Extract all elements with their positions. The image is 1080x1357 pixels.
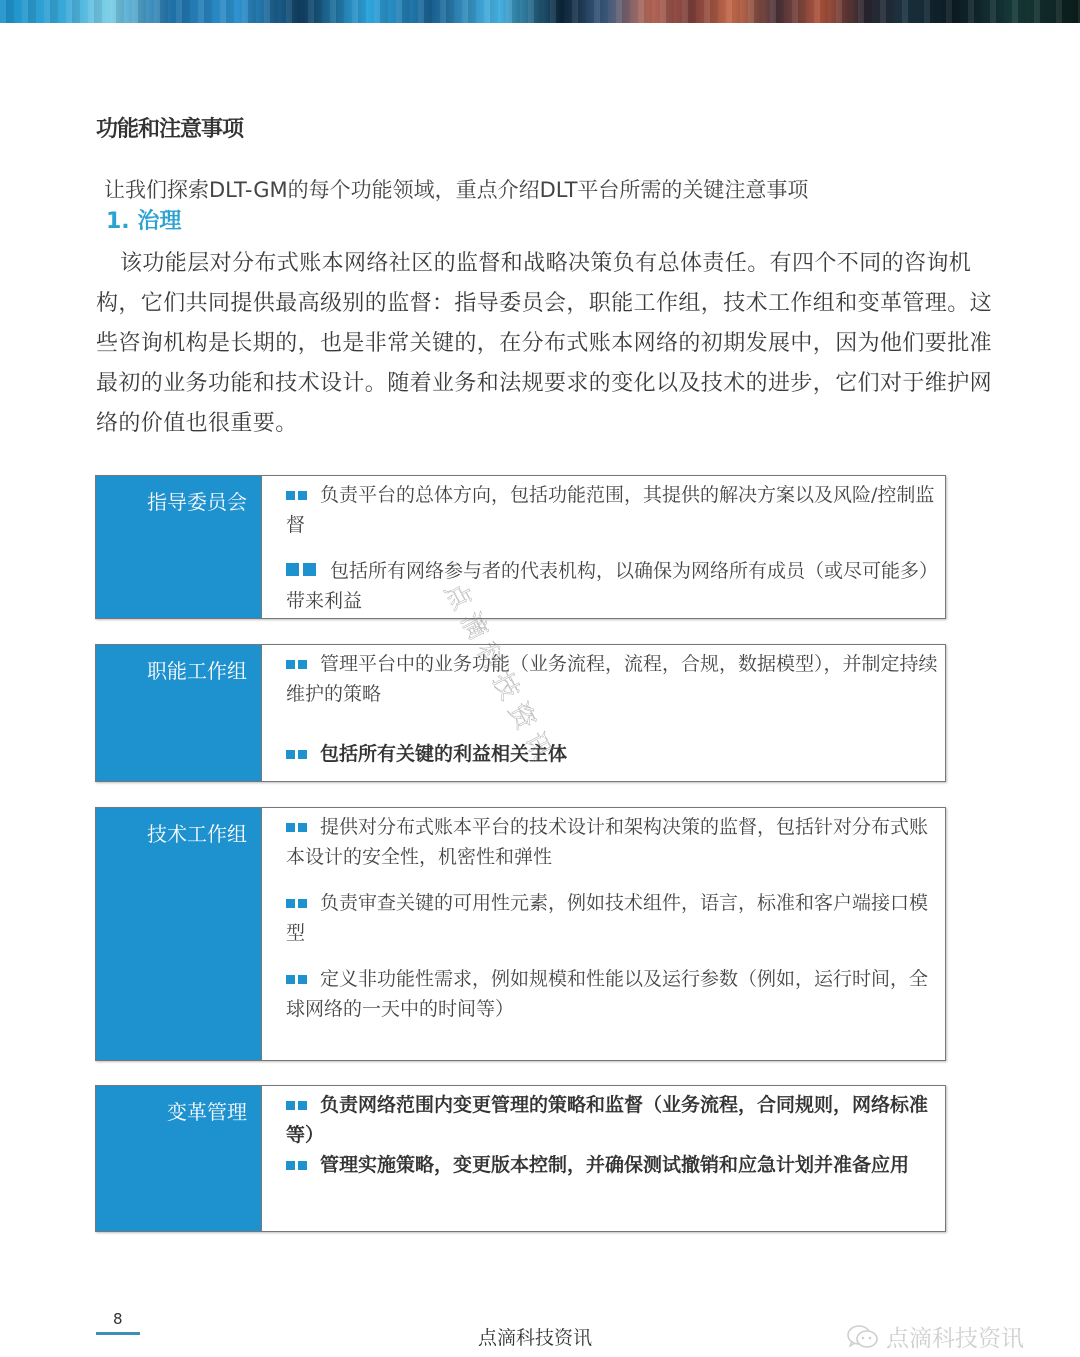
bullet-squares-icon: [286, 479, 310, 509]
bullet-squares-icon: [286, 963, 310, 993]
bullet-squares-icon: [286, 887, 310, 917]
list-item: 管理平台中的业务功能（业务流程，流程，合规，数据模型），并制定持续维护的策略: [286, 649, 945, 709]
card-label: 指导委员会: [96, 476, 262, 618]
bullet-squares-icon: [286, 811, 310, 841]
card-body: 管理平台中的业务功能（业务流程，流程，合规，数据模型），并制定持续维护的策略 包…: [262, 645, 945, 781]
bullet-squares-icon: [286, 1089, 310, 1119]
body-paragraph: 该功能层对分布式账本网络社区的监督和战略决策负有总体责任。有四个不同的咨询机构，…: [96, 244, 996, 444]
list-item: 包括所有网络参与者的代表机构，以确保为网络所有成员（或尽可能多）带来利益: [286, 556, 945, 616]
page-number: 8: [113, 1310, 123, 1328]
card-body: 提供对分布式账本平台的技术设计和架构决策的监督，包括针对分布式账本设计的安全性，…: [262, 808, 945, 1060]
list-item: 负责网络范围内变更管理的策略和监督（业务流程，合同规则，网络标准等）: [286, 1090, 945, 1150]
card-body: 负责网络范围内变更管理的策略和监督（业务流程，合同规则，网络标准等） 管理实施策…: [262, 1086, 945, 1231]
card-body: 负责平台的总体方向，包括功能范围，其提供的解决方案以及风险/控制监督 包括所有网…: [262, 476, 945, 618]
header-banner-image: [0, 0, 1080, 23]
card-steering-committee: 指导委员会 负责平台的总体方向，包括功能范围，其提供的解决方案以及风险/控制监督…: [95, 475, 946, 619]
bullet-squares-icon: [286, 738, 310, 768]
bullet-squares-icon: [286, 648, 310, 678]
card-functional-working-group: 职能工作组 管理平台中的业务功能（业务流程，流程，合规，数据模型），并制定持续维…: [95, 644, 946, 782]
list-item: 管理实施策略，变更版本控制，并确保测试撤销和应急计划并准备应用: [286, 1150, 945, 1180]
footer-wechat-brand: 点滴科技资讯: [846, 1320, 1024, 1353]
subheading-governance: 1. 治理: [106, 204, 181, 235]
wechat-icon: [846, 1324, 880, 1350]
card-label: 变革管理: [96, 1086, 262, 1231]
section-title: 功能和注意事项: [96, 112, 243, 143]
list-item: 负责平台的总体方向，包括功能范围，其提供的解决方案以及风险/控制监督: [286, 480, 945, 540]
list-item: 定义非功能性需求，例如规模和性能以及运行参数（例如，运行时间，全球网络的一天中的…: [286, 964, 945, 1024]
card-change-management: 变革管理 负责网络范围内变更管理的策略和监督（业务流程，合同规则，网络标准等） …: [95, 1085, 946, 1232]
bullet-squares-icon: [286, 1149, 310, 1179]
list-item: 包括所有关键的利益相关主体: [286, 739, 945, 769]
card-label: 职能工作组: [96, 645, 262, 781]
page-number-underline: [96, 1332, 140, 1335]
footer-publisher: 点滴科技资讯: [478, 1323, 592, 1350]
list-item: 提供对分布式账本平台的技术设计和架构决策的监督，包括针对分布式账本设计的安全性，…: [286, 812, 945, 872]
list-item: 负责审查关键的可用性元素，例如技术组件，语言，标准和客户端接口模型: [286, 888, 945, 948]
card-technical-working-group: 技术工作组 提供对分布式账本平台的技术设计和架构决策的监督，包括针对分布式账本设…: [95, 807, 946, 1061]
card-label: 技术工作组: [96, 808, 262, 1060]
bullet-squares-icon: [286, 555, 320, 585]
intro-text: 让我们探索DLT-GM的每个功能领域，重点介绍DLT平台所需的关键注意事项: [104, 174, 808, 204]
footer-brand-text: 点滴科技资讯: [886, 1320, 1024, 1353]
